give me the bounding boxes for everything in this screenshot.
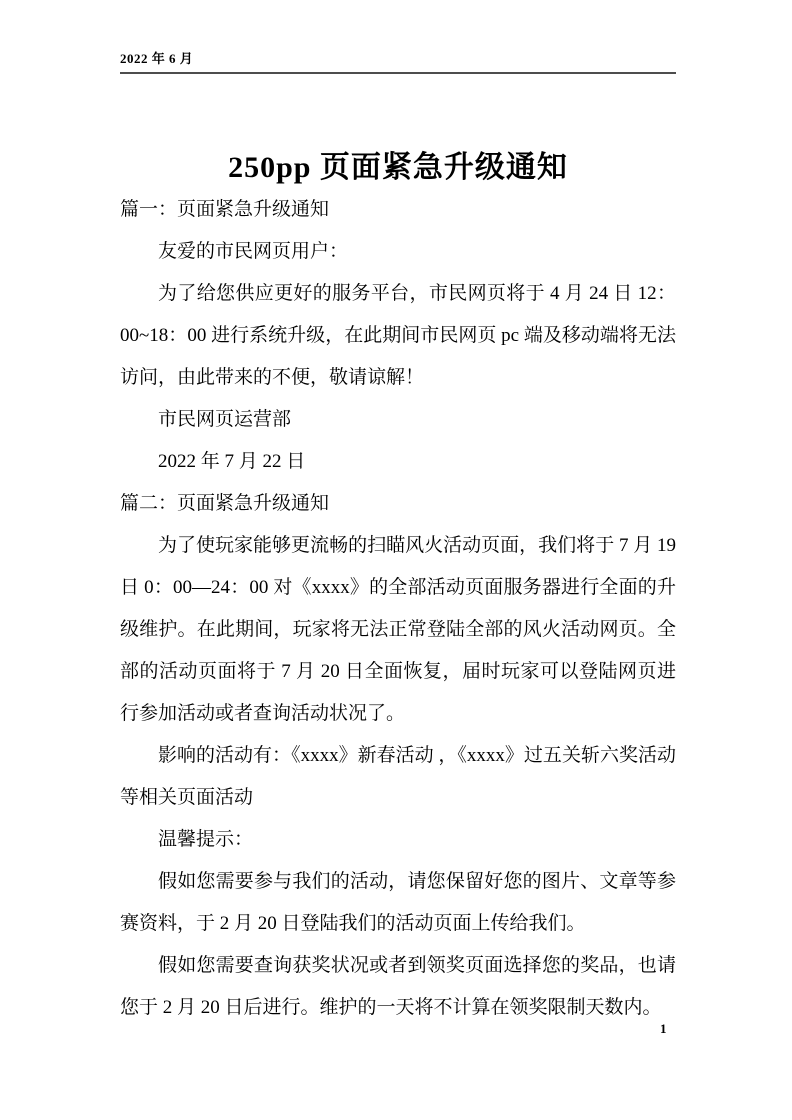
notice-one-signature: 市民网页运营部: [120, 399, 676, 441]
section-one-heading: 篇一：页面紧急升级通知: [120, 189, 676, 231]
document-body: 篇一：页面紧急升级通知 友爱的市民网页用户： 为了给您供应更好的服务平台，市民网…: [120, 189, 676, 1029]
document-title: 250pp 页面紧急升级通知: [120, 142, 676, 186]
document-page: 2022 年 6 月 250pp 页面紧急升级通知 篇一：页面紧急升级通知 友爱…: [0, 0, 792, 1120]
tips-heading: 温馨提示：: [120, 819, 676, 861]
notice-two-body: 为了使玩家能够更流畅的扫瞄风火活动页面，我们将于 7 月 19 日 0：00—2…: [120, 525, 676, 735]
affected-activities-line: 影响的活动有：《xxxx》新春活动 ，《xxxx》过五关斩六奖活动等相关页面活动: [120, 735, 676, 819]
page-number: 1: [660, 1021, 667, 1037]
notice-one-body: 为了给您供应更好的服务平台，市民网页将于 4 月 24 日 12：00~18：0…: [120, 273, 676, 399]
salutation-line: 友爱的市民网页用户：: [120, 231, 676, 273]
section-two-heading: 篇二：页面紧急升级通知: [120, 483, 676, 525]
tips-paragraph-one: 假如您需要参与我们的活动，请您保留好您的图片、文章等参赛资料，于 2 月 20 …: [120, 861, 676, 945]
header-date-label: 2022 年 6 月: [120, 51, 193, 66]
tips-paragraph-two: 假如您需要查询获奖状况或者到领奖页面选择您的奖品，也请您于 2 月 20 日后进…: [120, 945, 676, 1029]
notice-one-date: 2022 年 7 月 22 日: [120, 441, 676, 483]
page-header: 2022 年 6 月: [120, 48, 676, 74]
